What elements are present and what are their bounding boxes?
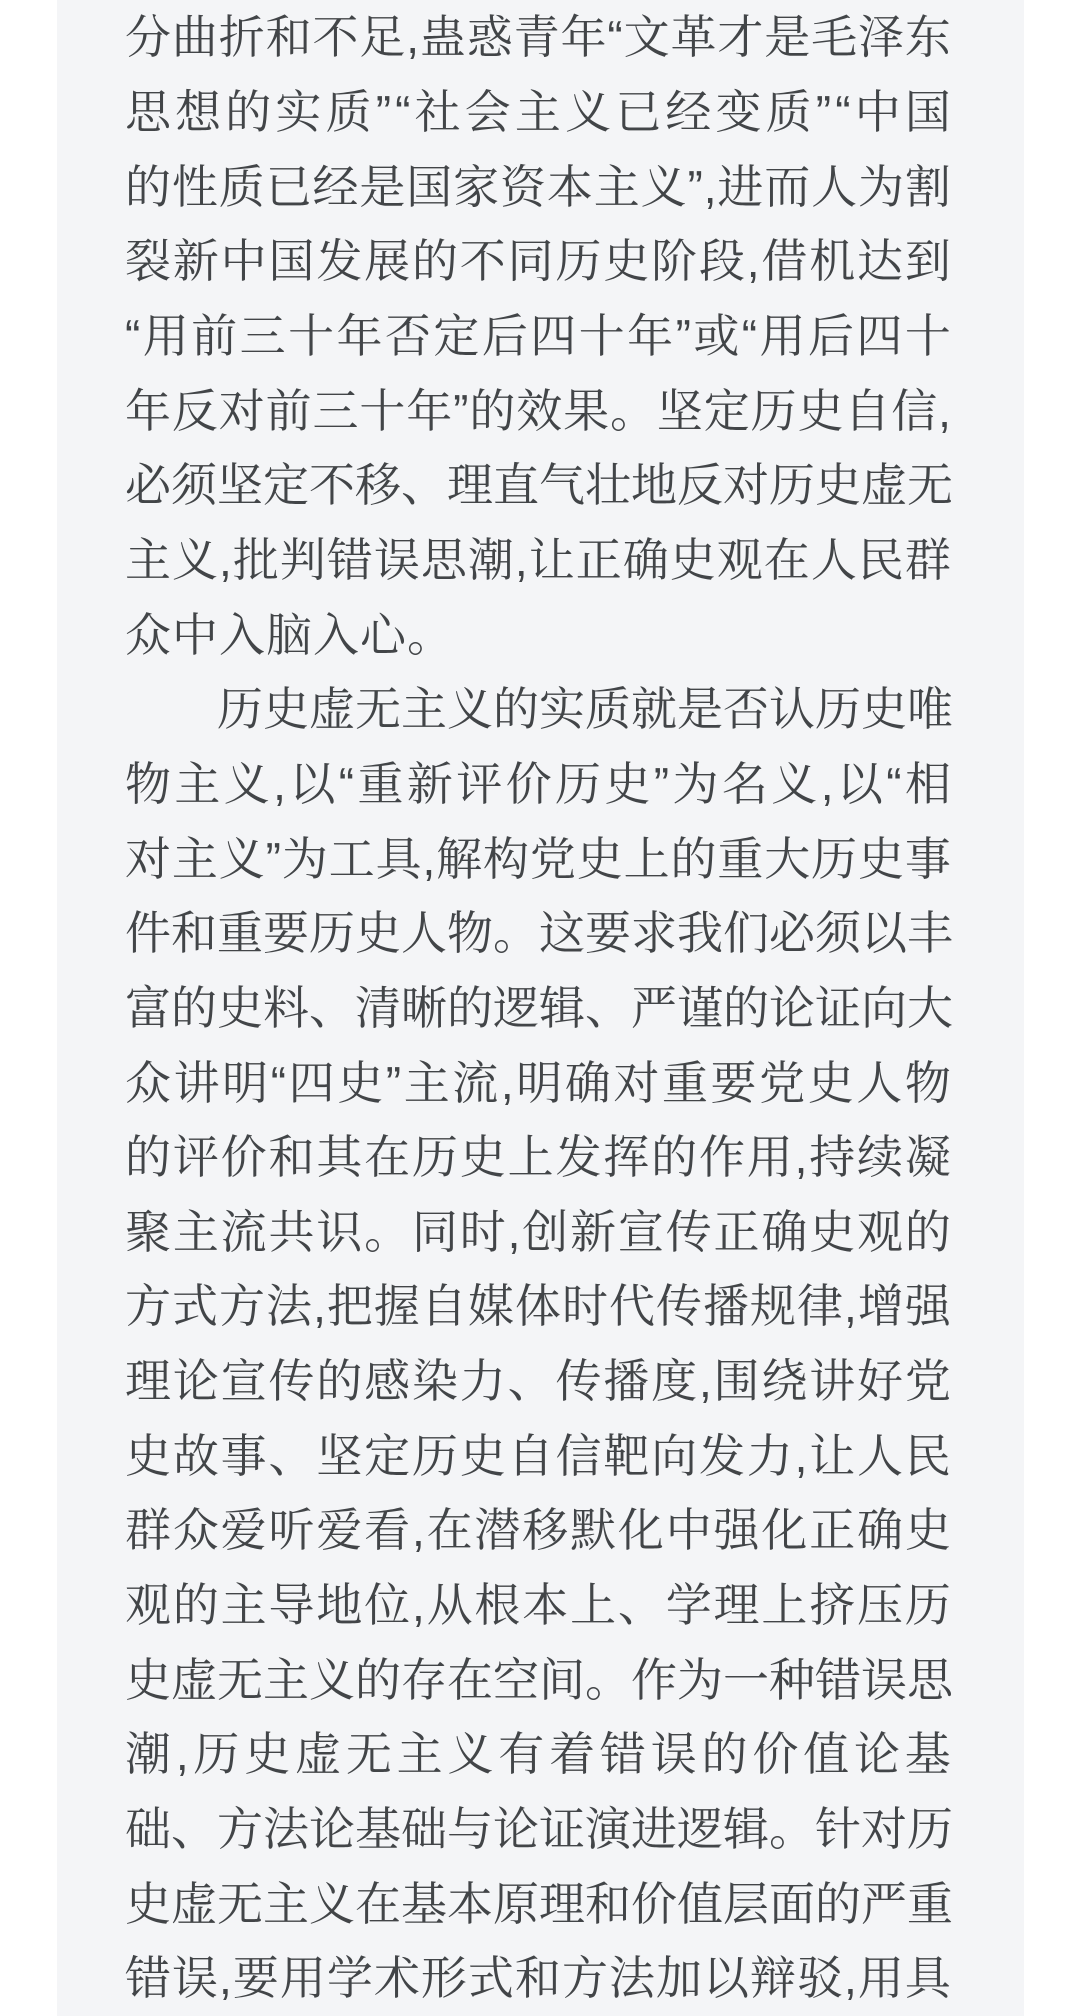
glyph: 式 <box>172 1283 218 1329</box>
glyph: 主 <box>174 761 220 807</box>
glyph: 年 <box>406 388 452 434</box>
glyph: 用 <box>747 1134 793 1180</box>
glyph: 宣 <box>221 1358 267 1404</box>
glyph: 割 <box>905 164 951 210</box>
glyph: “ <box>742 313 757 359</box>
glyph: 历 <box>555 761 601 807</box>
glyph: 正 <box>714 1209 760 1255</box>
glyph: 已 <box>266 164 312 210</box>
glyph: 十 <box>359 388 405 434</box>
glyph: 要 <box>263 910 309 956</box>
glyph: 富 <box>125 985 171 1031</box>
glyph: 史 <box>217 985 263 1031</box>
glyph: 主 <box>404 1060 450 1106</box>
text-line: 错误,要用学术形式和方法加以辩驳,用具 <box>125 1941 951 2016</box>
glyph: 针 <box>815 1806 861 1852</box>
glyph: , <box>176 1731 189 1777</box>
glyph: 必 <box>769 910 815 956</box>
glyph: 历 <box>811 836 857 882</box>
glyph: 入 <box>313 612 360 658</box>
glyph: 史 <box>355 910 401 956</box>
glyph: 用 <box>760 313 806 359</box>
glyph: 辩 <box>750 1955 796 2001</box>
glyph: 共 <box>268 1209 314 1255</box>
glyph: 的 <box>171 985 217 1031</box>
text-line: 础、方法论基础与论证演进逻辑。针对历 <box>125 1792 951 1867</box>
glyph: 、 <box>401 462 447 508</box>
glyph: 新 <box>570 1209 616 1255</box>
glyph: 群 <box>125 1507 171 1553</box>
glyph: 实 <box>539 686 585 732</box>
glyph: 须 <box>171 462 217 508</box>
glyph: 史 <box>797 388 843 434</box>
glyph: 错 <box>125 1955 171 2001</box>
glyph: 基 <box>355 1806 401 1852</box>
right-page-margin <box>1024 0 1080 2016</box>
glyph: 史 <box>263 686 309 732</box>
glyph: 质 <box>326 89 372 135</box>
glyph: 理 <box>714 1582 760 1628</box>
glyph: 须 <box>815 910 861 956</box>
glyph: 群 <box>905 537 951 583</box>
glyph: 在 <box>355 1881 401 1927</box>
glyph: 价 <box>506 761 552 807</box>
glyph: 民 <box>858 537 904 583</box>
glyph: 历 <box>751 388 797 434</box>
text-line: 理论宣传的感染力、传播度,围绕讲好党 <box>125 1344 951 1419</box>
glyph: 、 <box>508 1358 554 1404</box>
glyph: 在 <box>364 1134 410 1180</box>
glyph: 气 <box>539 462 585 508</box>
glyph: 挥 <box>603 1134 649 1180</box>
glyph: 机 <box>809 238 855 284</box>
glyph: 毛 <box>811 14 857 60</box>
glyph: ” <box>676 313 691 359</box>
glyph: 资 <box>500 164 546 210</box>
glyph: 证 <box>815 985 861 1031</box>
glyph: 革 <box>670 14 716 60</box>
glyph: 定 <box>263 462 309 508</box>
glyph: 思 <box>907 1657 953 1703</box>
glyph: 义 <box>219 836 265 882</box>
glyph: 经 <box>313 164 359 210</box>
glyph: , <box>699 1358 712 1404</box>
glyph: 观 <box>857 1209 903 1255</box>
glyph: , <box>406 14 419 60</box>
glyph: 错 <box>815 1657 861 1703</box>
glyph: 历 <box>217 686 263 732</box>
glyph: 原 <box>493 1881 539 1927</box>
text-line: 裂新中国发展的不同历史阶段,借机达到 <box>125 224 951 299</box>
glyph: 虚 <box>861 462 907 508</box>
glyph: “ <box>395 89 410 135</box>
glyph: 发 <box>699 1433 745 1479</box>
glyph: 。 <box>493 910 539 956</box>
glyph: 必 <box>125 462 171 508</box>
glyph: 方 <box>217 1806 263 1852</box>
glyph: 的 <box>670 836 716 882</box>
glyph: 定 <box>364 1433 410 1479</box>
text-line: 方式方法,把握自媒体时代传播规律,增强 <box>125 1269 951 1344</box>
glyph: 民 <box>905 1433 951 1479</box>
glyph: ” <box>816 89 831 135</box>
glyph: 。 <box>610 388 656 434</box>
glyph: 为 <box>677 1657 723 1703</box>
glyph: 史 <box>125 1881 171 1927</box>
glyph: 定 <box>433 313 479 359</box>
glyph: , <box>938 388 951 434</box>
glyph: 和 <box>515 1955 561 2001</box>
glyph: 用 <box>858 1955 904 2001</box>
glyph: 史 <box>337 1060 383 1106</box>
glyph: 主 <box>515 89 561 135</box>
glyph: 解 <box>436 836 482 882</box>
glyph: 到 <box>905 238 951 284</box>
glyph: 基 <box>401 1881 447 1927</box>
glyph: 确 <box>857 1507 903 1553</box>
glyph: “ <box>607 14 622 60</box>
glyph: 辑 <box>539 985 585 1031</box>
glyph: 自 <box>421 1283 467 1329</box>
glyph: 同 <box>412 1209 458 1255</box>
glyph: 错 <box>327 537 373 583</box>
glyph: 质 <box>766 89 812 135</box>
glyph: 论 <box>769 985 815 1031</box>
glyph: 反 <box>677 462 723 508</box>
glyph: 人 <box>811 164 857 210</box>
glyph: 要 <box>233 1955 279 2001</box>
glyph: 逻 <box>677 1806 723 1852</box>
glyph: 东 <box>905 14 951 60</box>
glyph: 进 <box>717 164 763 210</box>
glyph: ” <box>453 388 468 434</box>
glyph: 挤 <box>809 1582 855 1628</box>
glyph: 年 <box>561 14 607 60</box>
glyph: 反 <box>172 388 218 434</box>
glyph: 让 <box>529 537 575 583</box>
glyph: , <box>219 537 232 583</box>
text-line: 史虚无主义在基本原理和价值层面的严重 <box>125 1866 951 1941</box>
glyph: 具 <box>905 1955 951 2001</box>
glyph: 播 <box>703 1283 749 1329</box>
glyph: 历 <box>412 1134 458 1180</box>
glyph: 借 <box>761 238 807 284</box>
glyph: 续 <box>857 1134 903 1180</box>
glyph: 从 <box>427 1582 473 1628</box>
glyph: 为 <box>858 164 904 210</box>
glyph: 围 <box>714 1358 760 1404</box>
glyph: 物 <box>447 910 493 956</box>
glyph: 众 <box>125 612 172 658</box>
glyph: 对 <box>613 1060 659 1106</box>
glyph: 实 <box>275 89 321 135</box>
text-line: 物主义,以“重新评价历史”为名义,以“相 <box>125 747 951 822</box>
glyph: 质 <box>585 686 631 732</box>
glyph: 以 <box>703 1955 749 2001</box>
glyph: 流 <box>452 1060 498 1106</box>
glyph: 增 <box>858 1283 904 1329</box>
glyph: 认 <box>769 686 815 732</box>
glyph: 新 <box>407 761 453 807</box>
glyph: 历 <box>555 238 601 284</box>
glyph: 历 <box>907 1806 953 1852</box>
glyph: , <box>844 1955 857 2001</box>
text-line: 分曲折和不足,蛊惑青年“文革才是毛泽东 <box>125 0 951 75</box>
glyph: 传 <box>666 1209 712 1255</box>
glyph: 大 <box>764 836 810 882</box>
glyph: 历 <box>769 462 815 508</box>
glyph: 聚 <box>125 1209 171 1255</box>
glyph: 史 <box>603 238 649 284</box>
glyph: 术 <box>374 1955 420 2001</box>
glyph: 经 <box>665 89 711 135</box>
glyph: 感 <box>364 1358 410 1404</box>
glyph: 会 <box>465 89 511 135</box>
text-line: 富的史料、清晰的逻辑、严谨的论证向大 <box>125 971 951 1046</box>
glyph: 要 <box>711 1060 757 1106</box>
glyph: 主 <box>401 686 447 732</box>
glyph: , <box>821 761 834 807</box>
glyph: 力 <box>460 1358 506 1404</box>
glyph: 心 <box>360 612 407 658</box>
glyph: 虚 <box>295 1731 341 1777</box>
glyph: 和 <box>268 1134 314 1180</box>
glyph: 。 <box>407 612 454 658</box>
glyph: 法 <box>609 1955 655 2001</box>
glyph: 史 <box>604 761 650 807</box>
article-paragraph-lines: 分曲折和不足,蛊惑青年“文革才是毛泽东思想的实质”“社会主义已经变质”“中国的性… <box>125 0 951 2016</box>
glyph: 新 <box>173 238 219 284</box>
glyph: 想 <box>175 89 221 135</box>
glyph: 爱 <box>221 1507 267 1553</box>
glyph: 家 <box>453 164 499 210</box>
glyph: 式 <box>468 1955 514 2001</box>
glyph: 谨 <box>677 985 723 1031</box>
glyph: 后 <box>482 313 528 359</box>
glyph: 加 <box>656 1955 702 2001</box>
text-line: 潮,历史虚无主义有着错误的价值论基 <box>125 1717 951 1792</box>
glyph: ” <box>688 164 703 210</box>
glyph: 好 <box>857 1358 903 1404</box>
text-line: 众讲明“四史”主流,明确对重要党史人物 <box>125 1045 951 1120</box>
glyph: , <box>412 1582 425 1628</box>
glyph: 事 <box>221 1433 267 1479</box>
glyph: , <box>313 1283 326 1329</box>
glyph: 媒 <box>468 1283 514 1329</box>
glyph: 为 <box>282 836 328 882</box>
text-line: 的评价和其在历史上发挥的作用,持续凝 <box>125 1120 951 1195</box>
glyph: 主 <box>397 1731 443 1777</box>
glyph: ” <box>654 761 669 807</box>
glyph: 直 <box>493 462 539 508</box>
glyph: 学 <box>327 1955 373 2001</box>
glyph: 蛊 <box>420 14 466 60</box>
glyph: 中 <box>855 89 901 135</box>
glyph: 明 <box>222 1060 268 1106</box>
glyph: 评 <box>173 1134 219 1180</box>
glyph: ” <box>386 1060 401 1106</box>
text-line: 对主义”为工具,解构党史上的重大历史事 <box>125 821 951 896</box>
glyph: , <box>219 1955 232 2001</box>
glyph: 根 <box>474 1582 520 1628</box>
glyph: 人 <box>811 537 857 583</box>
glyph: 无 <box>217 1657 263 1703</box>
glyph: 时 <box>562 1283 608 1329</box>
glyph: 重 <box>662 1060 708 1106</box>
glyph: 传 <box>555 1358 601 1404</box>
glyph: 化 <box>761 1507 807 1553</box>
glyph: 对 <box>125 836 171 882</box>
glyph: 已 <box>615 89 661 135</box>
glyph: 义 <box>641 164 687 210</box>
glyph: 、 <box>268 1433 314 1479</box>
glyph: 史 <box>858 836 904 882</box>
text-line: 史故事、坚定历史自信靶向发力,让人民 <box>125 1418 951 1493</box>
glyph: 泽 <box>858 14 904 60</box>
glyph: 爱 <box>316 1507 362 1553</box>
glyph: 三 <box>313 388 359 434</box>
glyph: 重 <box>717 836 763 882</box>
glyph: 握 <box>374 1283 420 1329</box>
glyph: , <box>844 1283 857 1329</box>
text-line: 历史虚无主义的实质就是否认历史唯 <box>125 672 951 747</box>
glyph: 上 <box>508 1134 554 1180</box>
glyph: 宣 <box>618 1209 664 1255</box>
glyph: 讲 <box>809 1358 855 1404</box>
glyph: 。 <box>364 1209 410 1255</box>
text-line: 思想的实质”“社会主义已经变质”“中国 <box>125 75 951 150</box>
glyph: 青 <box>514 14 560 60</box>
glyph: 间 <box>539 1657 585 1703</box>
glyph: 以 <box>289 761 335 807</box>
glyph: 史 <box>460 1134 506 1180</box>
glyph: 年 <box>125 388 171 434</box>
glyph: 坚 <box>316 1433 362 1479</box>
glyph: 力 <box>747 1433 793 1479</box>
glyph: 国 <box>268 238 314 284</box>
glyph: 虚 <box>171 1881 217 1927</box>
glyph: 在 <box>447 1657 493 1703</box>
text-line: 众中入脑入心。 <box>125 597 951 672</box>
glyph: 强 <box>905 1283 951 1329</box>
glyph: 义 <box>224 761 270 807</box>
glyph: 为 <box>673 761 719 807</box>
glyph: 强 <box>714 1507 760 1553</box>
glyph: 传 <box>656 1283 702 1329</box>
glyph: 是 <box>677 686 723 732</box>
glyph: 构 <box>483 836 529 882</box>
glyph: 误 <box>374 537 420 583</box>
glyph: 晰 <box>401 985 447 1031</box>
glyph: 度 <box>651 1358 697 1404</box>
glyph: 壮 <box>585 462 631 508</box>
glyph: 证 <box>539 1806 585 1852</box>
glyph: 达 <box>857 238 903 284</box>
glyph: 众 <box>125 1060 171 1106</box>
glyph: 对 <box>219 388 265 434</box>
glyph: 重 <box>217 910 263 956</box>
glyph: 四 <box>530 313 576 359</box>
glyph: 其 <box>316 1134 362 1180</box>
glyph: 思 <box>125 89 171 135</box>
glyph: 中 <box>172 612 219 658</box>
glyph: 误 <box>861 1657 907 1703</box>
glyph: 年 <box>627 313 673 359</box>
glyph: 人 <box>856 1060 902 1106</box>
glyph: 的 <box>469 388 515 434</box>
glyph: 是 <box>764 14 810 60</box>
glyph: 着 <box>549 1731 595 1777</box>
glyph: 、 <box>585 985 631 1031</box>
glyph: , <box>704 164 717 210</box>
glyph: 与 <box>447 1806 493 1852</box>
glyph: 入 <box>219 612 266 658</box>
glyph: 、 <box>618 1582 664 1628</box>
glyph: 染 <box>412 1358 458 1404</box>
glyph: 文 <box>624 14 670 60</box>
glyph: 名 <box>722 761 768 807</box>
glyph: 进 <box>631 1806 677 1852</box>
glyph: 事 <box>905 836 951 882</box>
glyph: 形 <box>421 1955 467 2001</box>
text-line: 件和重要历史人物。这要求我们必须以丰 <box>125 896 951 971</box>
glyph: 用 <box>143 313 189 359</box>
glyph: 在 <box>764 537 810 583</box>
glyph: , <box>422 836 435 882</box>
glyph: 存 <box>401 1657 447 1703</box>
glyph: 主 <box>172 836 218 882</box>
glyph: 础 <box>401 1806 447 1852</box>
glyph: 严 <box>631 985 677 1031</box>
glyph: 体 <box>515 1283 561 1329</box>
glyph: 看 <box>364 1507 410 1553</box>
glyph: 理 <box>447 462 493 508</box>
glyph: 才 <box>717 14 763 60</box>
glyph: 史 <box>905 1507 951 1553</box>
glyph: 的 <box>173 1582 219 1628</box>
glyph: 就 <box>631 686 677 732</box>
glyph: 播 <box>603 1358 649 1404</box>
glyph: 演 <box>585 1806 631 1852</box>
glyph: 逻 <box>493 985 539 1031</box>
glyph: 史 <box>670 537 716 583</box>
glyph: , <box>508 1209 521 1255</box>
glyph: 否 <box>723 686 769 732</box>
glyph: 判 <box>280 537 326 583</box>
glyph: , <box>795 1433 808 1479</box>
glyph: 效 <box>516 388 562 434</box>
glyph: 件 <box>125 910 171 956</box>
glyph: 裂 <box>125 238 171 284</box>
glyph: 思 <box>421 537 467 583</box>
glyph: 、 <box>171 1806 217 1852</box>
glyph: 主 <box>263 1881 309 1927</box>
glyph: 论 <box>493 1806 539 1852</box>
glyph: 方 <box>219 1283 265 1329</box>
glyph: “ <box>886 761 901 807</box>
glyph: 重 <box>357 761 403 807</box>
glyph: 律 <box>797 1283 843 1329</box>
glyph: 有 <box>498 1731 544 1777</box>
glyph: 求 <box>631 910 677 956</box>
glyph: 十 <box>288 313 334 359</box>
text-line: 必须坚定不移、理直气壮地反对历史虚无 <box>125 448 951 523</box>
text-line: 史虚无主义的存在空间。作为一种错误思 <box>125 1642 951 1717</box>
glyph: 移 <box>355 462 401 508</box>
glyph: 或 <box>693 313 739 359</box>
glyph: 信 <box>891 388 937 434</box>
glyph: 四 <box>289 1060 335 1106</box>
